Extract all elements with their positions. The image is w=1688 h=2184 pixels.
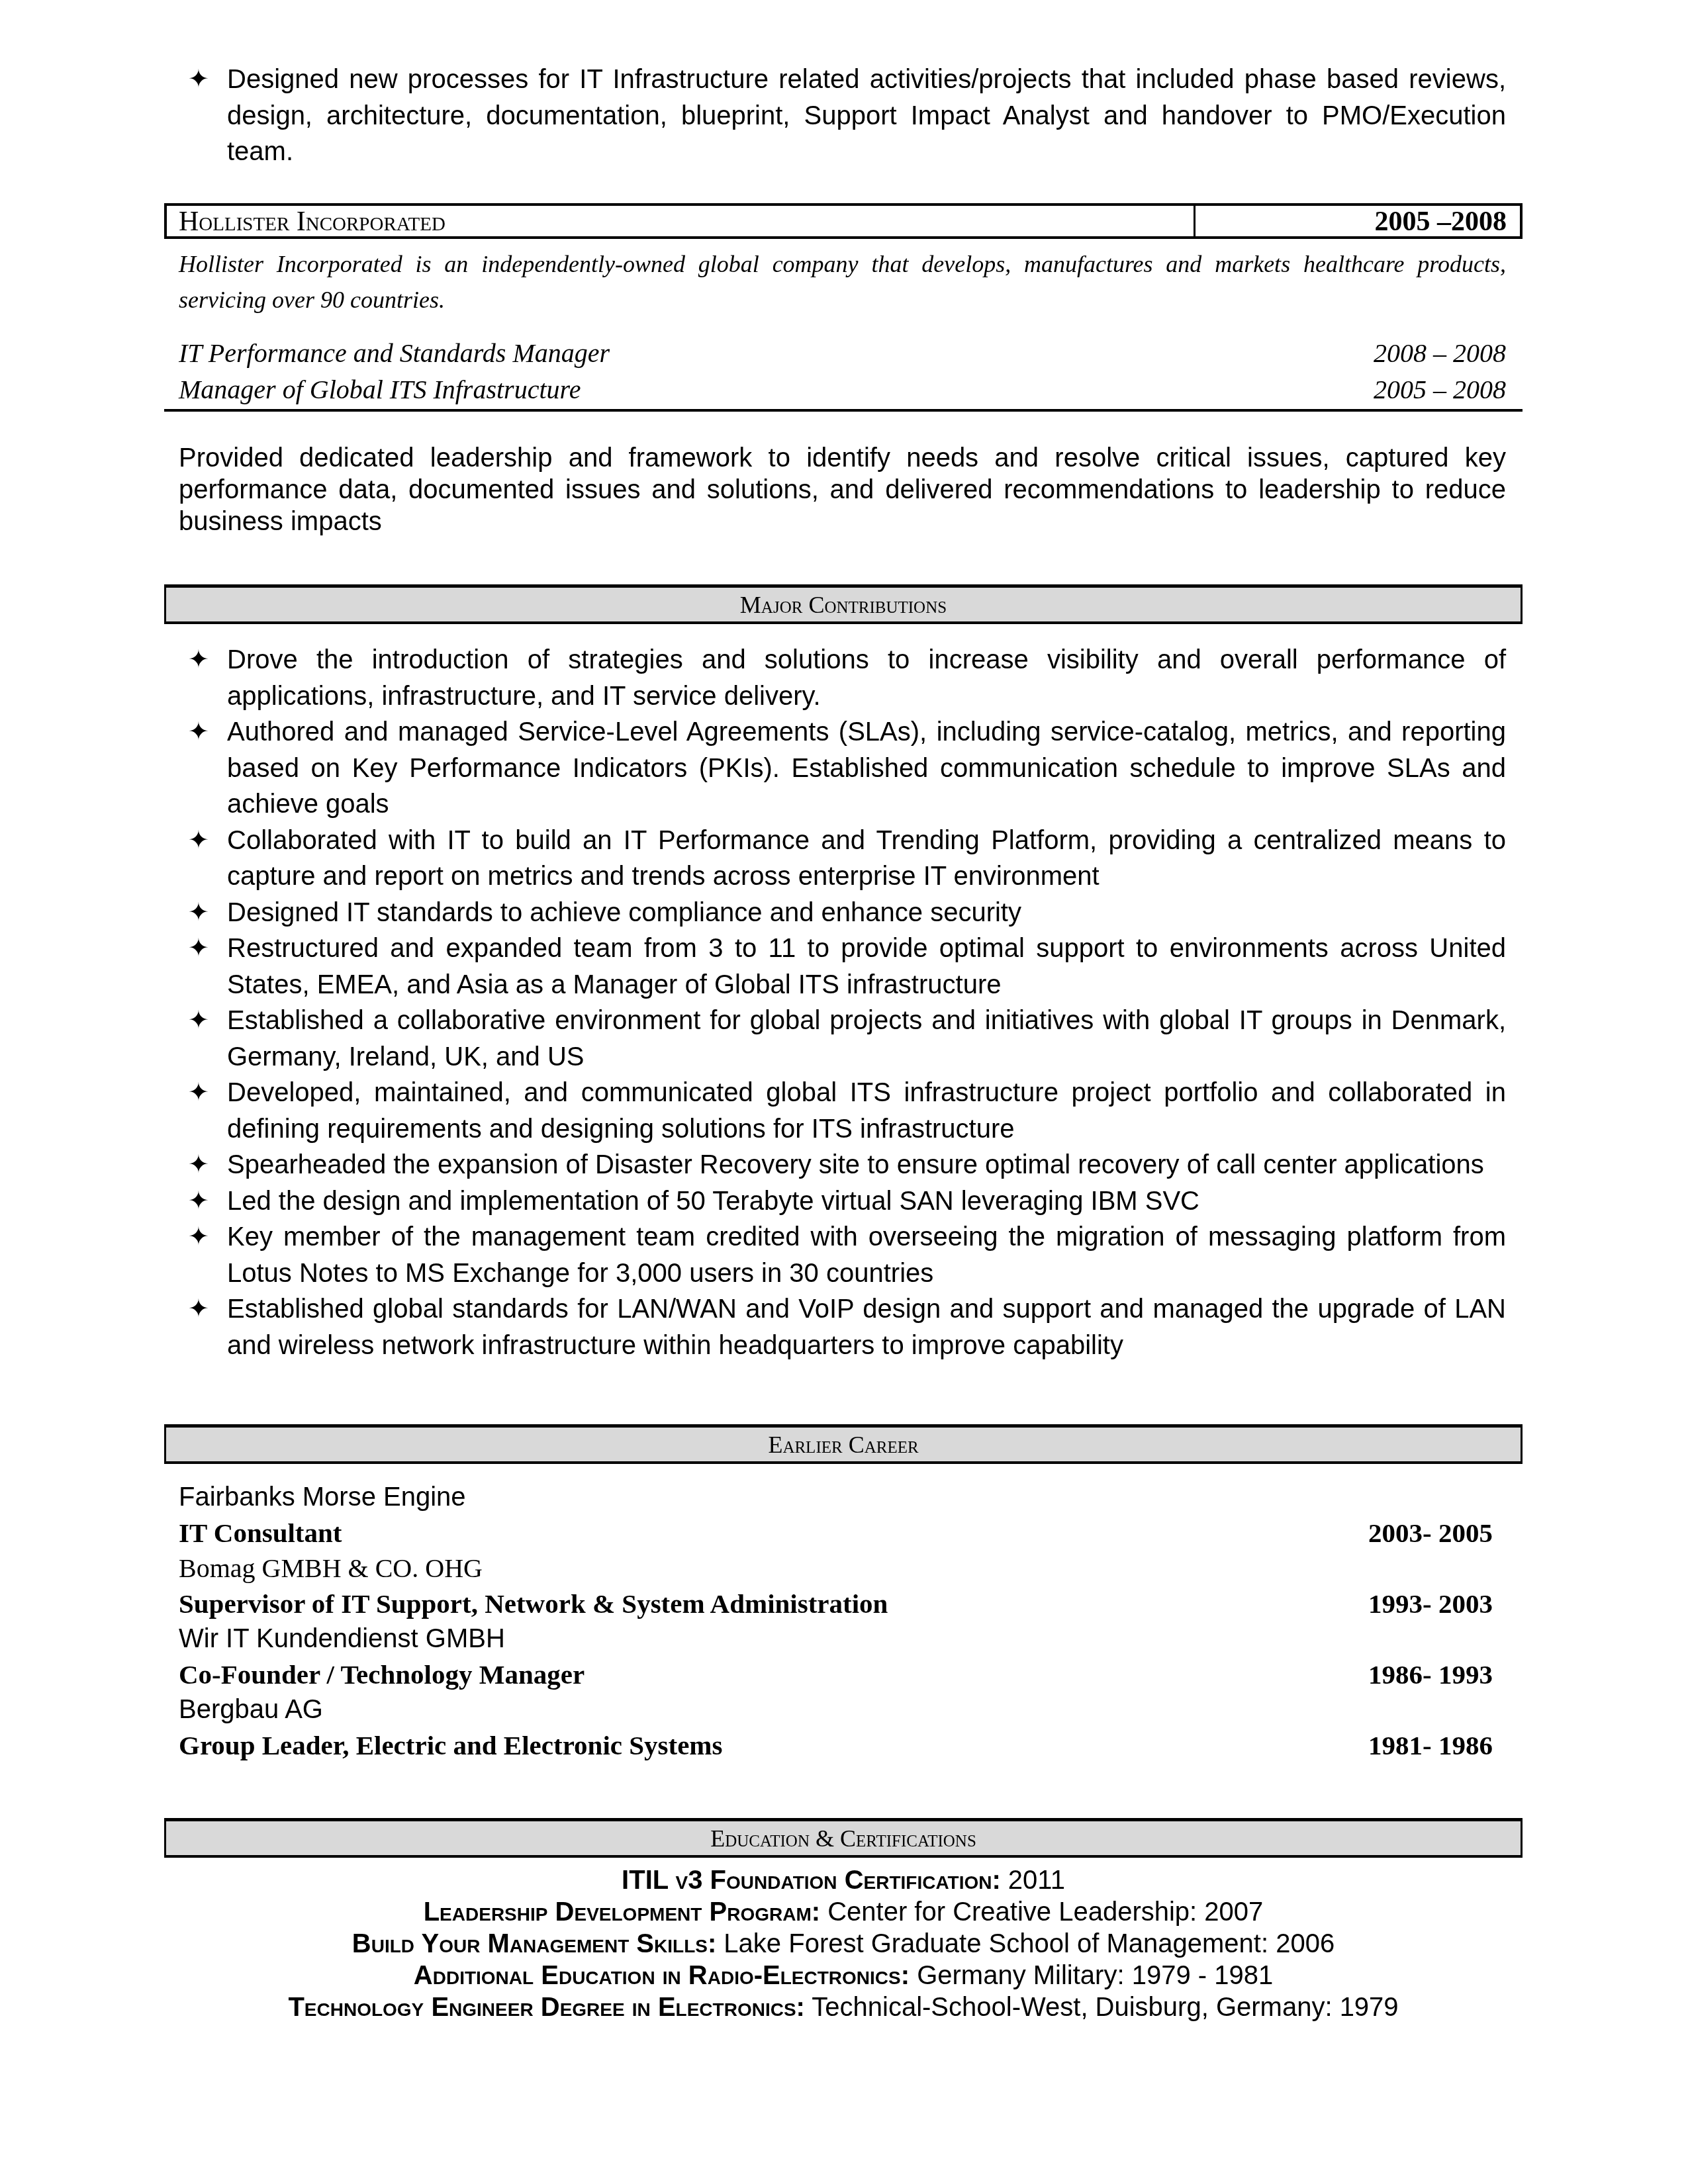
employer-name: Wir IT Kundendienst GMBH: [179, 1621, 505, 1657]
four-point-star-icon: ✦: [188, 895, 209, 931]
education-label: Build Your Management Skills:: [352, 1929, 716, 1958]
role-title: Manager of Global ITS Infrastructure: [179, 371, 581, 408]
education-detail: Germany Military: 1979 - 1981: [910, 1961, 1273, 1990]
four-point-star-icon: ✦: [188, 1291, 209, 1328]
section-heading-major-contributions: Major Contributions: [164, 584, 1523, 624]
list-item: ✦ Designed new processes for IT Infrastr…: [164, 62, 1523, 170]
list-item: ✦Designed IT standards to achieve compli…: [164, 895, 1523, 931]
education-item: Technology Engineer Degree in Electronic…: [164, 1991, 1523, 2023]
career-employer: Fairbanks Morse Engine: [164, 1480, 1523, 1516]
bullet-text: Drove the introduction of strategies and…: [227, 645, 1506, 711]
four-point-star-icon: ✦: [188, 1219, 209, 1255]
education-item: ITIL v3 Foundation Certification: 2011: [164, 1864, 1523, 1896]
education-list: ITIL v3 Foundation Certification: 2011 L…: [164, 1864, 1523, 2023]
role-title: IT Performance and Standards Manager: [179, 335, 610, 371]
employer-name: Bergbau AG: [179, 1692, 323, 1728]
company-years: 2005 –2008: [1196, 206, 1520, 236]
education-detail: Technical-School-West, Duisburg, Germany…: [805, 1993, 1399, 2022]
list-item: ✦Authored and managed Service-Level Agre…: [164, 714, 1523, 823]
list-item: ✦Drove the introduction of strategies an…: [164, 642, 1523, 714]
career-employer: Wir IT Kundendienst GMBH: [164, 1621, 1523, 1657]
bullet-text: Collaborated with IT to build an IT Perf…: [227, 826, 1506, 891]
bullet-text: Authored and managed Service-Level Agree…: [227, 717, 1506, 819]
role-row: IT Performance and Standards Manager 200…: [164, 335, 1523, 371]
role-years: 2003- 2005: [1368, 1516, 1493, 1551]
education-label: Technology Engineer Degree in Electronic…: [288, 1993, 805, 2022]
career-role: Co-Founder / Technology Manager1986- 199…: [164, 1657, 1523, 1693]
role-row: Manager of Global ITS Infrastructure 200…: [164, 371, 1523, 408]
section-heading-education: Education & Certifications: [164, 1818, 1523, 1858]
bullet-text: Established global standards for LAN/WAN…: [227, 1295, 1506, 1360]
list-item: ✦Developed, maintained, and communicated…: [164, 1075, 1523, 1147]
role-years: 1981- 1986: [1368, 1728, 1493, 1764]
role-years: 2005 – 2008: [1374, 371, 1506, 408]
career-employer: Bomag GMBH & CO. OHG: [164, 1551, 1523, 1586]
company-description: Hollister Incorporated is an independent…: [164, 246, 1523, 318]
career-role: Supervisor of IT Support, Network & Syst…: [164, 1586, 1523, 1622]
education-detail: Lake Forest Graduate School of Managemen…: [716, 1929, 1335, 1958]
major-contributions-list: ✦Drove the introduction of strategies an…: [164, 642, 1523, 1363]
top-bullet-list: ✦ Designed new processes for IT Infrastr…: [164, 62, 1523, 170]
list-item: ✦Spearheaded the expansion of Disaster R…: [164, 1147, 1523, 1183]
role-years: 2008 – 2008: [1374, 335, 1506, 371]
bullet-text: Designed new processes for IT Infrastruc…: [227, 65, 1506, 166]
role-years: 1986- 1993: [1368, 1657, 1493, 1693]
company-name: Hollister Incorporated: [167, 206, 1196, 236]
career-role: IT Consultant2003- 2005: [164, 1516, 1523, 1551]
education-label: ITIL v3 Foundation Certification:: [622, 1866, 1001, 1895]
list-item: ✦Collaborated with IT to build an IT Per…: [164, 823, 1523, 895]
earlier-career-list: Fairbanks Morse Engine IT Consultant2003…: [164, 1480, 1523, 1763]
bullet-text: Designed IT standards to achieve complia…: [227, 898, 1021, 927]
employer-name: Bomag GMBH & CO. OHG: [179, 1551, 483, 1586]
bullet-text: Key member of the management team credit…: [227, 1222, 1506, 1288]
bullet-text: Restructured and expanded team from 3 to…: [227, 934, 1506, 999]
education-label: Leadership Development Program:: [424, 1897, 820, 1927]
four-point-star-icon: ✦: [188, 931, 209, 967]
bullet-text: Developed, maintained, and communicated …: [227, 1078, 1506, 1144]
role-title: Supervisor of IT Support, Network & Syst…: [179, 1586, 888, 1622]
four-point-star-icon: ✦: [188, 1183, 209, 1220]
four-point-star-icon: ✦: [188, 1075, 209, 1111]
list-item: ✦Key member of the management team credi…: [164, 1219, 1523, 1291]
role-list: IT Performance and Standards Manager 200…: [164, 335, 1523, 412]
employer-name: Fairbanks Morse Engine: [179, 1480, 466, 1516]
education-item: Build Your Management Skills: Lake Fores…: [164, 1928, 1523, 1960]
four-point-star-icon: ✦: [188, 642, 209, 678]
education-item: Additional Education in Radio-Electronic…: [164, 1960, 1523, 1991]
bullet-text: Established a collaborative environment …: [227, 1006, 1506, 1071]
bullet-text: Led the design and implementation of 50 …: [227, 1187, 1199, 1216]
role-title: IT Consultant: [179, 1516, 342, 1551]
education-detail: 2011: [1001, 1866, 1065, 1895]
section-heading-earlier-career: Earlier Career: [164, 1424, 1523, 1464]
list-item: ✦Led the design and implementation of 50…: [164, 1183, 1523, 1220]
four-point-star-icon: ✦: [188, 714, 209, 751]
four-point-star-icon: ✦: [188, 62, 209, 98]
list-item: ✦Restructured and expanded team from 3 t…: [164, 931, 1523, 1003]
education-label: Additional Education in Radio-Electronic…: [414, 1961, 910, 1990]
role-title: Group Leader, Electric and Electronic Sy…: [179, 1728, 722, 1764]
four-point-star-icon: ✦: [188, 1147, 209, 1183]
bullet-text: Spearheaded the expansion of Disaster Re…: [227, 1150, 1484, 1179]
list-item: ✦Established a collaborative environment…: [164, 1003, 1523, 1075]
list-item: ✦Established global standards for LAN/WA…: [164, 1291, 1523, 1363]
career-employer: Bergbau AG: [164, 1692, 1523, 1728]
role-title: Co-Founder / Technology Manager: [179, 1657, 585, 1693]
career-role: Group Leader, Electric and Electronic Sy…: [164, 1728, 1523, 1764]
role-years: 1993- 2003: [1368, 1586, 1493, 1622]
education-detail: Center for Creative Leadership: 2007: [820, 1897, 1263, 1927]
company-header: Hollister Incorporated 2005 –2008: [164, 203, 1523, 239]
four-point-star-icon: ✦: [188, 823, 209, 859]
four-point-star-icon: ✦: [188, 1003, 209, 1039]
role-summary: Provided dedicated leadership and framew…: [164, 442, 1523, 537]
education-item: Leadership Development Program: Center f…: [164, 1896, 1523, 1928]
